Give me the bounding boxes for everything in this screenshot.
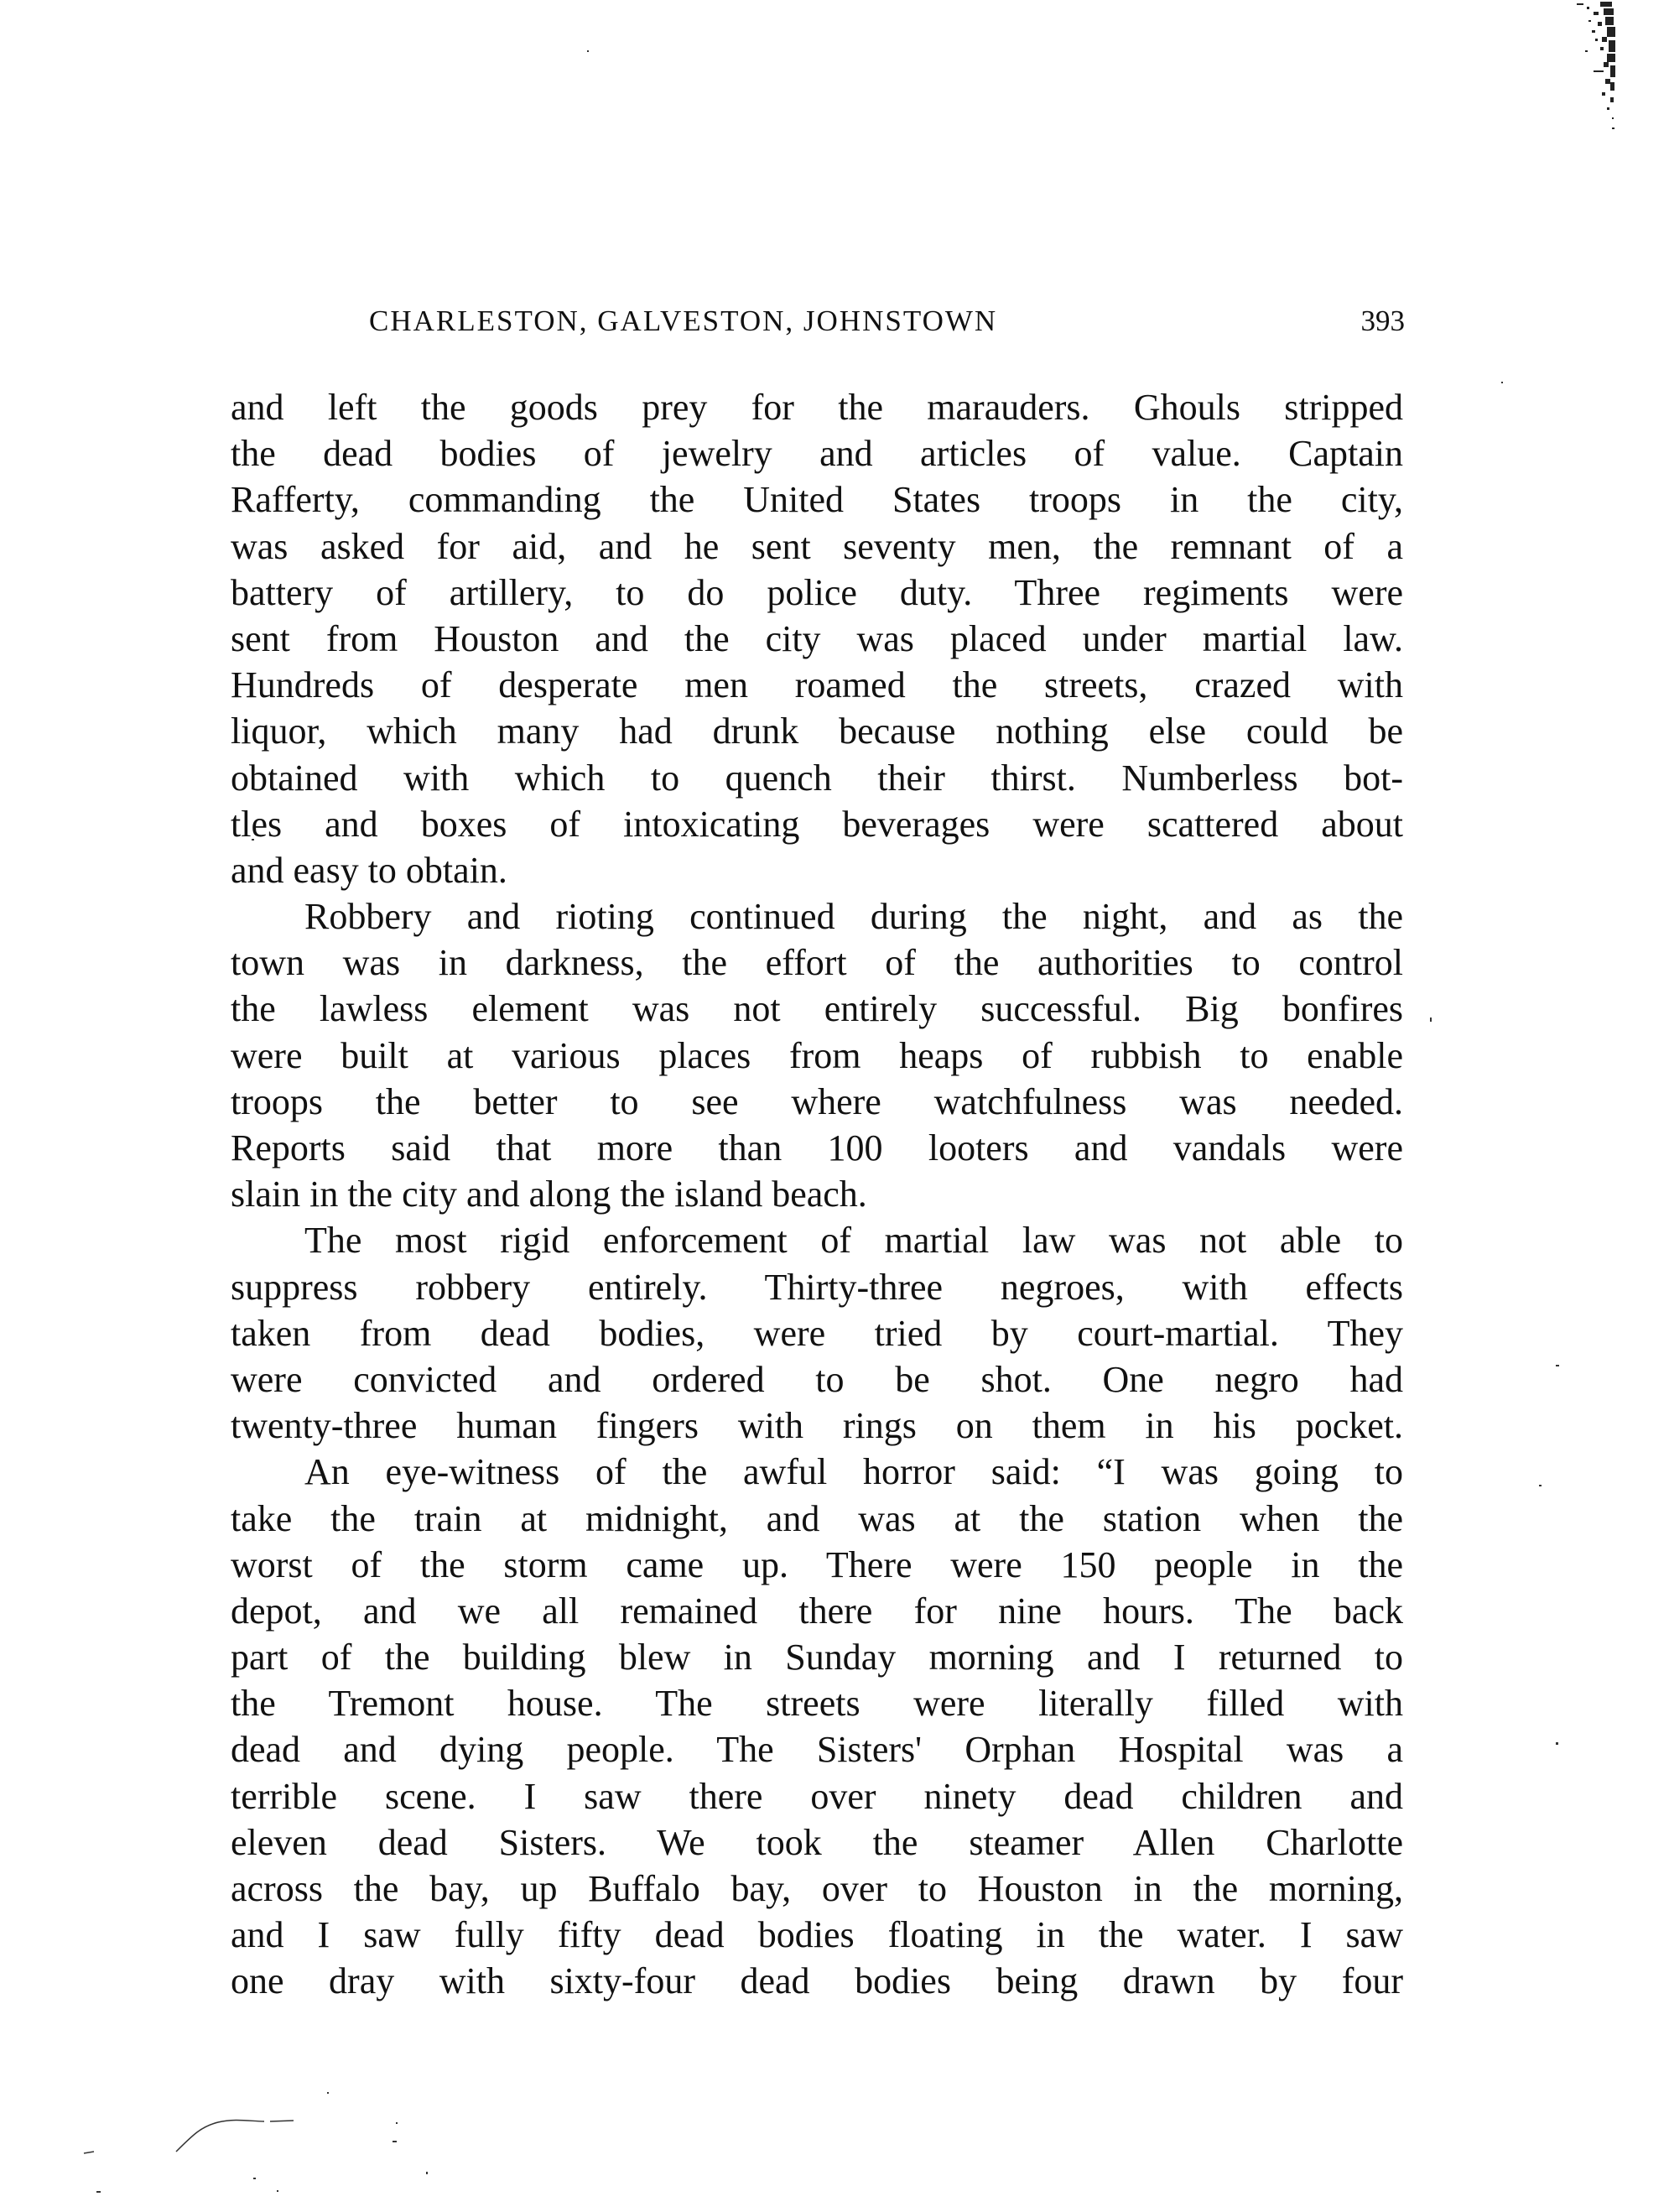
text-line: the dead bodies of jewelry and articles … — [231, 430, 1403, 476]
text-line: suppress robbery entirely. Thirty-three … — [231, 1264, 1403, 1310]
text-line: and left the goods prey for the marauder… — [231, 384, 1403, 430]
paragraph-3: The most rigid enforcement of martial la… — [231, 1217, 1403, 1449]
text-line: was asked for aid, and he sent seventy m… — [231, 523, 1403, 570]
scan-dot — [1430, 1018, 1432, 1022]
scan-dot — [1501, 382, 1503, 383]
text-line: Rafferty, commanding the United States t… — [231, 476, 1403, 523]
text-line: terrible scene. I saw there over ninety … — [231, 1773, 1403, 1819]
text-line: twenty-three human fingers with rings on… — [231, 1403, 1403, 1449]
book-page: CHARLESTON, GALVESTON, JOHNSTOWN 393 and… — [0, 0, 1669, 2212]
text-line: liquor, which many had drunk because not… — [231, 708, 1403, 754]
text-line: one dray with sixty-four dead bodies bei… — [231, 1958, 1403, 2004]
text-line: depot, and we all remained there for nin… — [231, 1588, 1403, 1634]
text-line: troops the better to see where watchfuln… — [231, 1079, 1403, 1125]
text-line: part of the building blew in Sunday morn… — [231, 1634, 1403, 1680]
text-line: Robbery and rioting continued during the… — [231, 893, 1403, 939]
paragraph-4: An eye-witness of the awful horror said:… — [231, 1449, 1403, 2004]
text-line: An eye-witness of the awful horror said:… — [231, 1449, 1403, 1495]
text-line: worst of the storm came up. There were 1… — [231, 1542, 1403, 1588]
text-line: taken from dead bodies, were tried by co… — [231, 1310, 1403, 1356]
text-line: the lawless element was not entirely suc… — [231, 986, 1403, 1032]
text-line: were convicted and ordered to be shot. O… — [231, 1356, 1403, 1403]
text-line: sent from Houston and the city was place… — [231, 616, 1403, 662]
pencil-stroke-artifact — [50, 2055, 470, 2212]
paragraph-1: and left the goods prey for the marauder… — [231, 384, 1403, 893]
text-line: across the bay, up Buffalo bay, over to … — [231, 1866, 1403, 1912]
running-head: CHARLESTON, GALVESTON, JOHNSTOWN 393 — [369, 300, 1405, 342]
text-line: The most rigid enforcement of martial la… — [231, 1217, 1403, 1263]
text-line: town was in darkness, the effort of the … — [231, 939, 1403, 986]
scan-speckle-artifact — [1552, 0, 1619, 134]
text-line: were built at various places from heaps … — [231, 1033, 1403, 1079]
scan-dot — [1539, 1485, 1542, 1486]
text-line: Hundreds of desperate men roamed the str… — [231, 662, 1403, 708]
running-title: CHARLESTON, GALVESTON, JOHNSTOWN — [369, 300, 997, 342]
text-line: and I saw fully fifty dead bodies floati… — [231, 1912, 1403, 1958]
page-number: 393 — [1361, 300, 1406, 342]
scan-dot — [252, 839, 254, 841]
text-line: slain in the city and along the island b… — [231, 1171, 1403, 1217]
scan-dot — [587, 50, 589, 52]
text-line: battery of artillery, to do police duty.… — [231, 570, 1403, 616]
scan-dot — [1556, 1365, 1559, 1366]
text-line: obtained with which to quench their thir… — [231, 755, 1403, 801]
scan-dot — [1556, 1742, 1558, 1745]
text-line: dead and dying people. The Sisters' Orph… — [231, 1726, 1403, 1772]
paragraph-2: Robbery and rioting continued during the… — [231, 893, 1403, 1217]
text-line: tles and boxes of intoxicating beverages… — [231, 801, 1403, 847]
text-line: and easy to obtain. — [231, 847, 1403, 893]
text-line: the Tremont house. The streets were lite… — [231, 1680, 1403, 1726]
text-line: Reports said that more than 100 looters … — [231, 1125, 1403, 1171]
body-text: and left the goods prey for the marauder… — [231, 384, 1403, 2005]
text-line: eleven dead Sisters. We took the steamer… — [231, 1819, 1403, 1866]
text-line: take the train at midnight, and was at t… — [231, 1496, 1403, 1542]
